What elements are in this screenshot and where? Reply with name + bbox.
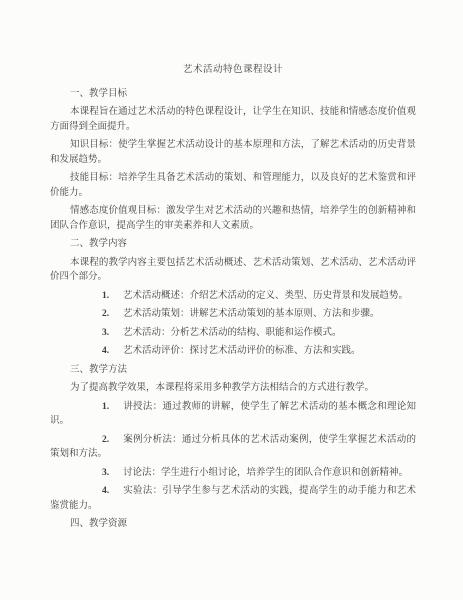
method-list-item-3: 3.讨论法：学生进行小组讨论，培养学生的团队合作意识和创新精神。 — [50, 466, 416, 481]
paragraph-affective-goal: 情感态度价值观目标：激发学生对艺术活动的兴趣和热情，培养学生的创新精神和团队合作… — [50, 204, 416, 233]
list-item-number: 4. — [102, 344, 123, 359]
list-item-number: 1. — [102, 400, 123, 415]
list-item-number: 3. — [102, 326, 123, 341]
method-list-item-4: 4.实验法：引导学生参与艺术活动的实践，提高学生的动手能力和艺术鉴赏能力。 — [50, 484, 416, 513]
list-item-text: 艺术活动：分析艺术活动的结构、职能和运作模式。 — [123, 328, 342, 338]
document-title: 艺术活动特色课程设计 — [50, 63, 416, 78]
section-heading-teaching-content: 二、教学内容 — [50, 237, 416, 252]
list-item-number: 4. — [102, 484, 123, 499]
section-heading-teaching-methods: 三、教学方法 — [50, 363, 416, 378]
content-list-item-2: 2.艺术活动策划：讲解艺术活动策划的基本原则、方法和步骤。 — [50, 307, 416, 322]
list-item-number: 1. — [102, 289, 123, 304]
paragraph-knowledge-goal: 知识目标：使学生掌握艺术活动设计的基本原理和方法，了解艺术活动的历史背景和发展趋… — [50, 138, 416, 167]
content-list-item-3: 3.艺术活动：分析艺术活动的结构、职能和运作模式。 — [50, 326, 416, 341]
content-list-item-1: 1.艺术活动概述：介绍艺术活动的定义、类型、历史背景和发展趋势。 — [50, 289, 416, 304]
list-item-text: 艺术活动策划：讲解艺术活动策划的基本原则、方法和步骤。 — [123, 309, 380, 319]
list-item-text: 艺术活动概述：介绍艺术活动的定义、类型、历史背景和发展趋势。 — [123, 291, 408, 301]
list-item-text: 讨论法：学生进行小组讨论，培养学生的团队合作意识和创新精神。 — [123, 468, 408, 478]
paragraph-content-intro: 本课程的教学内容主要包括艺术活动概述、艺术活动策划、艺术活动、艺术活动评价四个部… — [50, 256, 416, 285]
paragraph-skill-goal: 技能目标：培养学生具备艺术活动的策划、和管理能力，以及良好的艺术鉴赏和评价能力。 — [50, 171, 416, 200]
paragraph-course-overview: 本课程旨在通过艺术活动的特色课程设计，让学生在知识、技能和情感态度价值观方面得到… — [50, 105, 416, 134]
method-list-item-1: 1.讲授法：通过教师的讲解，使学生了解艺术活动的基本概念和理论知识。 — [50, 400, 416, 429]
document-page: 艺术活动特色课程设计 一、教学目标 本课程旨在通过艺术活动的特色课程设计，让学生… — [0, 0, 463, 600]
section-heading-teaching-resources: 四、教学资源 — [50, 517, 416, 532]
list-item-number: 3. — [102, 466, 123, 481]
content-list-item-4: 4.艺术活动评价：探讨艺术活动评价的标准、方法和实践。 — [50, 344, 416, 359]
method-list-item-2: 2.案例分析法：通过分析具体的艺术活动案例，使学生掌握艺术活动的策划和方法。 — [50, 433, 416, 462]
list-item-number: 2. — [102, 307, 123, 322]
list-item-number: 2. — [102, 433, 123, 448]
section-heading-teaching-goals: 一、教学目标 — [50, 87, 416, 102]
paragraph-methods-intro: 为了提高教学效果，本课程将采用多种教学方法相结合的方式进行教学。 — [50, 381, 416, 396]
list-item-text: 艺术活动评价：探讨艺术活动评价的标准、方法和实践。 — [123, 346, 361, 356]
